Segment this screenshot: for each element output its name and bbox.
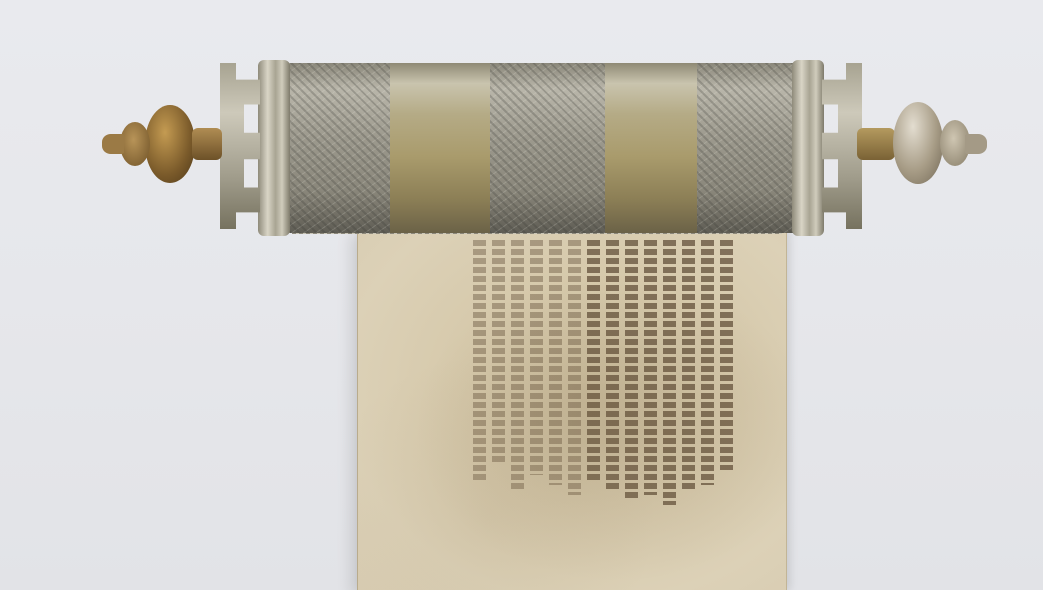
finial-right-stem xyxy=(857,128,895,160)
engraved-band-left xyxy=(290,63,390,233)
scroll-case-cylinder xyxy=(285,63,800,233)
finial-right xyxy=(855,100,990,190)
text-column xyxy=(549,240,562,485)
parchment-scroll xyxy=(357,228,787,590)
text-column xyxy=(492,240,505,465)
finial-left-tip xyxy=(102,134,124,154)
finial-left-stem xyxy=(192,128,222,160)
text-column xyxy=(587,240,600,480)
end-ring-left xyxy=(258,60,290,236)
text-column xyxy=(511,240,524,490)
finial-left-knob xyxy=(145,105,195,183)
engraved-band-right xyxy=(697,63,797,233)
text-column xyxy=(701,240,714,485)
finial-right-tip xyxy=(965,134,987,154)
finial-left-collar xyxy=(120,122,150,166)
finial-left xyxy=(100,100,225,190)
text-column xyxy=(473,240,486,480)
text-column xyxy=(530,240,543,475)
end-ring-right xyxy=(792,60,824,236)
text-column xyxy=(682,240,695,490)
text-column xyxy=(568,240,581,495)
hebrew-text-columns xyxy=(433,240,733,520)
text-column xyxy=(606,240,619,490)
text-column xyxy=(625,240,638,500)
crenellated-cap-left xyxy=(220,63,260,229)
text-column xyxy=(663,240,676,505)
text-column xyxy=(720,240,733,470)
engraved-band-center xyxy=(490,63,605,233)
text-column xyxy=(644,240,657,495)
finial-right-knob xyxy=(893,102,943,184)
